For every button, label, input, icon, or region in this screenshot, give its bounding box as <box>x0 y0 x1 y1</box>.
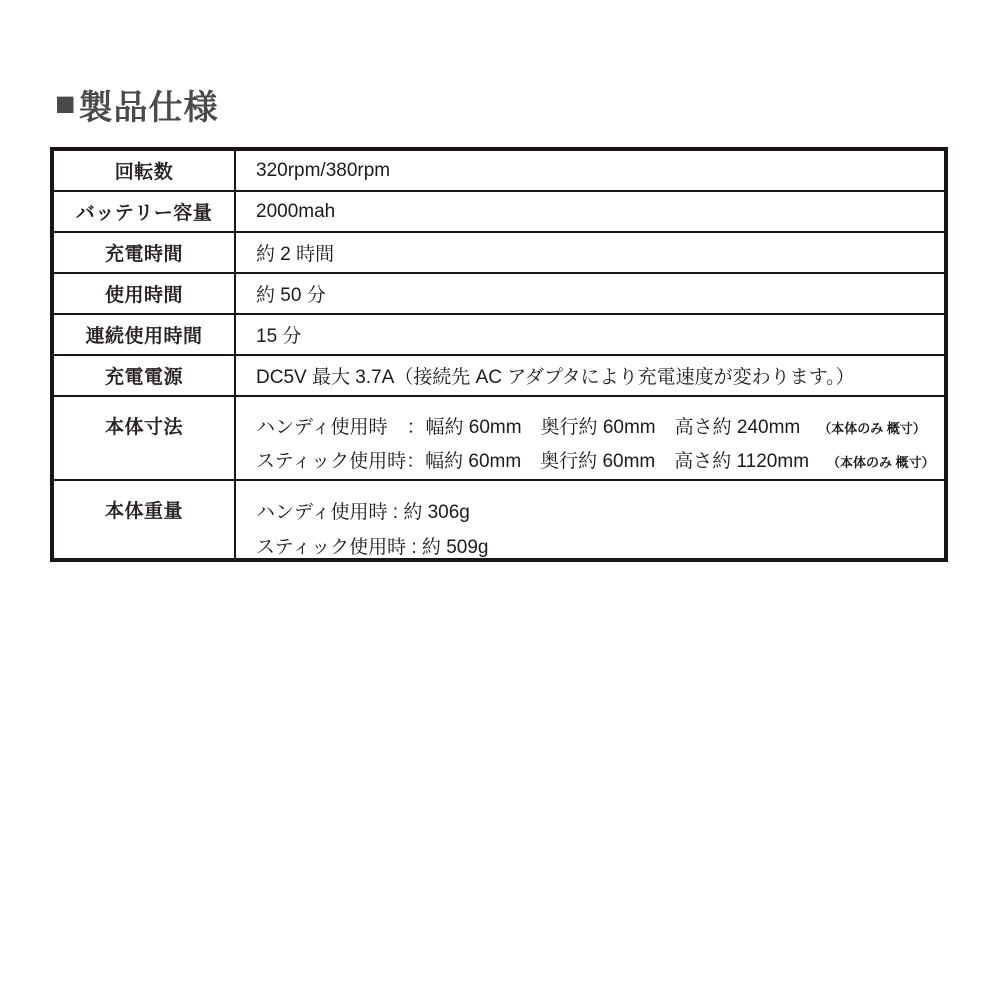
spec-label: 使用時間 <box>54 274 236 313</box>
spec-value: DC5V 最大 3.7A（接続先 AC アダプタにより充電速度が変わります。） <box>236 356 944 395</box>
weight-handy-text: ハンディ使用時 : 約 306g <box>256 495 470 530</box>
spec-value-line: ハンディ使用時 ：幅約 60mm 奥行約 60mm 高さ約 240mm （本体の… <box>256 411 944 445</box>
spec-label: バッテリー容量 <box>54 192 236 231</box>
square-bullet-icon: ■ <box>55 85 77 124</box>
spec-table: 回転数 320rpm/380rpm バッテリー容量 2000mah 充電時間 約… <box>50 147 948 562</box>
spec-value-text: 約 50 分 <box>256 280 944 307</box>
spec-label: 充電電源 <box>54 356 236 395</box>
spec-value: ハンディ使用時 : 約 306g スティック使用時 : 約 509g <box>236 481 944 558</box>
table-row-usage-time: 使用時間 約 50 分 <box>54 272 944 313</box>
spec-value: ハンディ使用時 ：幅約 60mm 奥行約 60mm 高さ約 240mm （本体の… <box>236 397 944 479</box>
spec-value: 約 2 時間 <box>236 233 944 272</box>
table-row-body-weight: 本体重量 ハンディ使用時 : 約 306g スティック使用時 : 約 509g <box>54 479 944 558</box>
weight-stick-text: スティック使用時 : 約 509g <box>256 530 488 565</box>
table-row-charge-time: 充電時間 約 2 時間 <box>54 231 944 272</box>
spec-value-text: DC5V 最大 3.7A（接続先 AC アダプタにより充電速度が変わります。） <box>256 362 944 389</box>
spec-label: 回転数 <box>54 151 236 190</box>
page-title: 製品仕様 <box>79 80 219 129</box>
spec-value-line: スティック使用時：幅約 60mm 奥行約 60mm 高さ約 1120mm （本体… <box>256 445 944 479</box>
spec-value-line: スティック使用時 : 約 509g <box>256 530 944 565</box>
dimension-handy-text: ハンディ使用時 ：幅約 60mm 奥行約 60mm 高さ約 240mm <box>256 411 800 444</box>
spec-value-text: 320rpm/380rpm <box>256 160 944 182</box>
spec-label: 充電時間 <box>54 233 236 272</box>
spec-value: 約 50 分 <box>236 274 944 313</box>
spec-value-text: 15 分 <box>256 321 944 348</box>
page: ■ 製品仕様 回転数 320rpm/380rpm バッテリー容量 2000mah… <box>0 0 1000 1000</box>
table-row-body-dimensions: 本体寸法 ハンディ使用時 ：幅約 60mm 奥行約 60mm 高さ約 240mm… <box>54 395 944 479</box>
table-row-rotation-speed: 回転数 320rpm/380rpm <box>54 151 944 190</box>
table-row-battery-capacity: バッテリー容量 2000mah <box>54 190 944 231</box>
spec-value-text: 2000mah <box>256 201 944 223</box>
dimension-stick-text: スティック使用時：幅約 60mm 奥行約 60mm 高さ約 1120mm <box>256 445 809 478</box>
section-header: ■ 製品仕様 <box>55 80 219 129</box>
spec-label: 連続使用時間 <box>54 315 236 354</box>
spec-value: 320rpm/380rpm <box>236 151 944 190</box>
spec-value-line: ハンディ使用時 : 約 306g <box>256 495 944 530</box>
dimension-handy-note: （本体のみ 概寸） <box>818 412 926 445</box>
spec-label: 本体重量 <box>54 481 236 558</box>
spec-value: 2000mah <box>236 192 944 231</box>
dimension-stick-note: （本体のみ 概寸） <box>827 446 935 479</box>
table-row-charging-power: 充電電源 DC5V 最大 3.7A（接続先 AC アダプタにより充電速度が変わり… <box>54 354 944 395</box>
spec-label: 本体寸法 <box>54 397 236 479</box>
table-row-continuous-usage-time: 連続使用時間 15 分 <box>54 313 944 354</box>
spec-value: 15 分 <box>236 315 944 354</box>
spec-value-text: 約 2 時間 <box>256 239 944 266</box>
